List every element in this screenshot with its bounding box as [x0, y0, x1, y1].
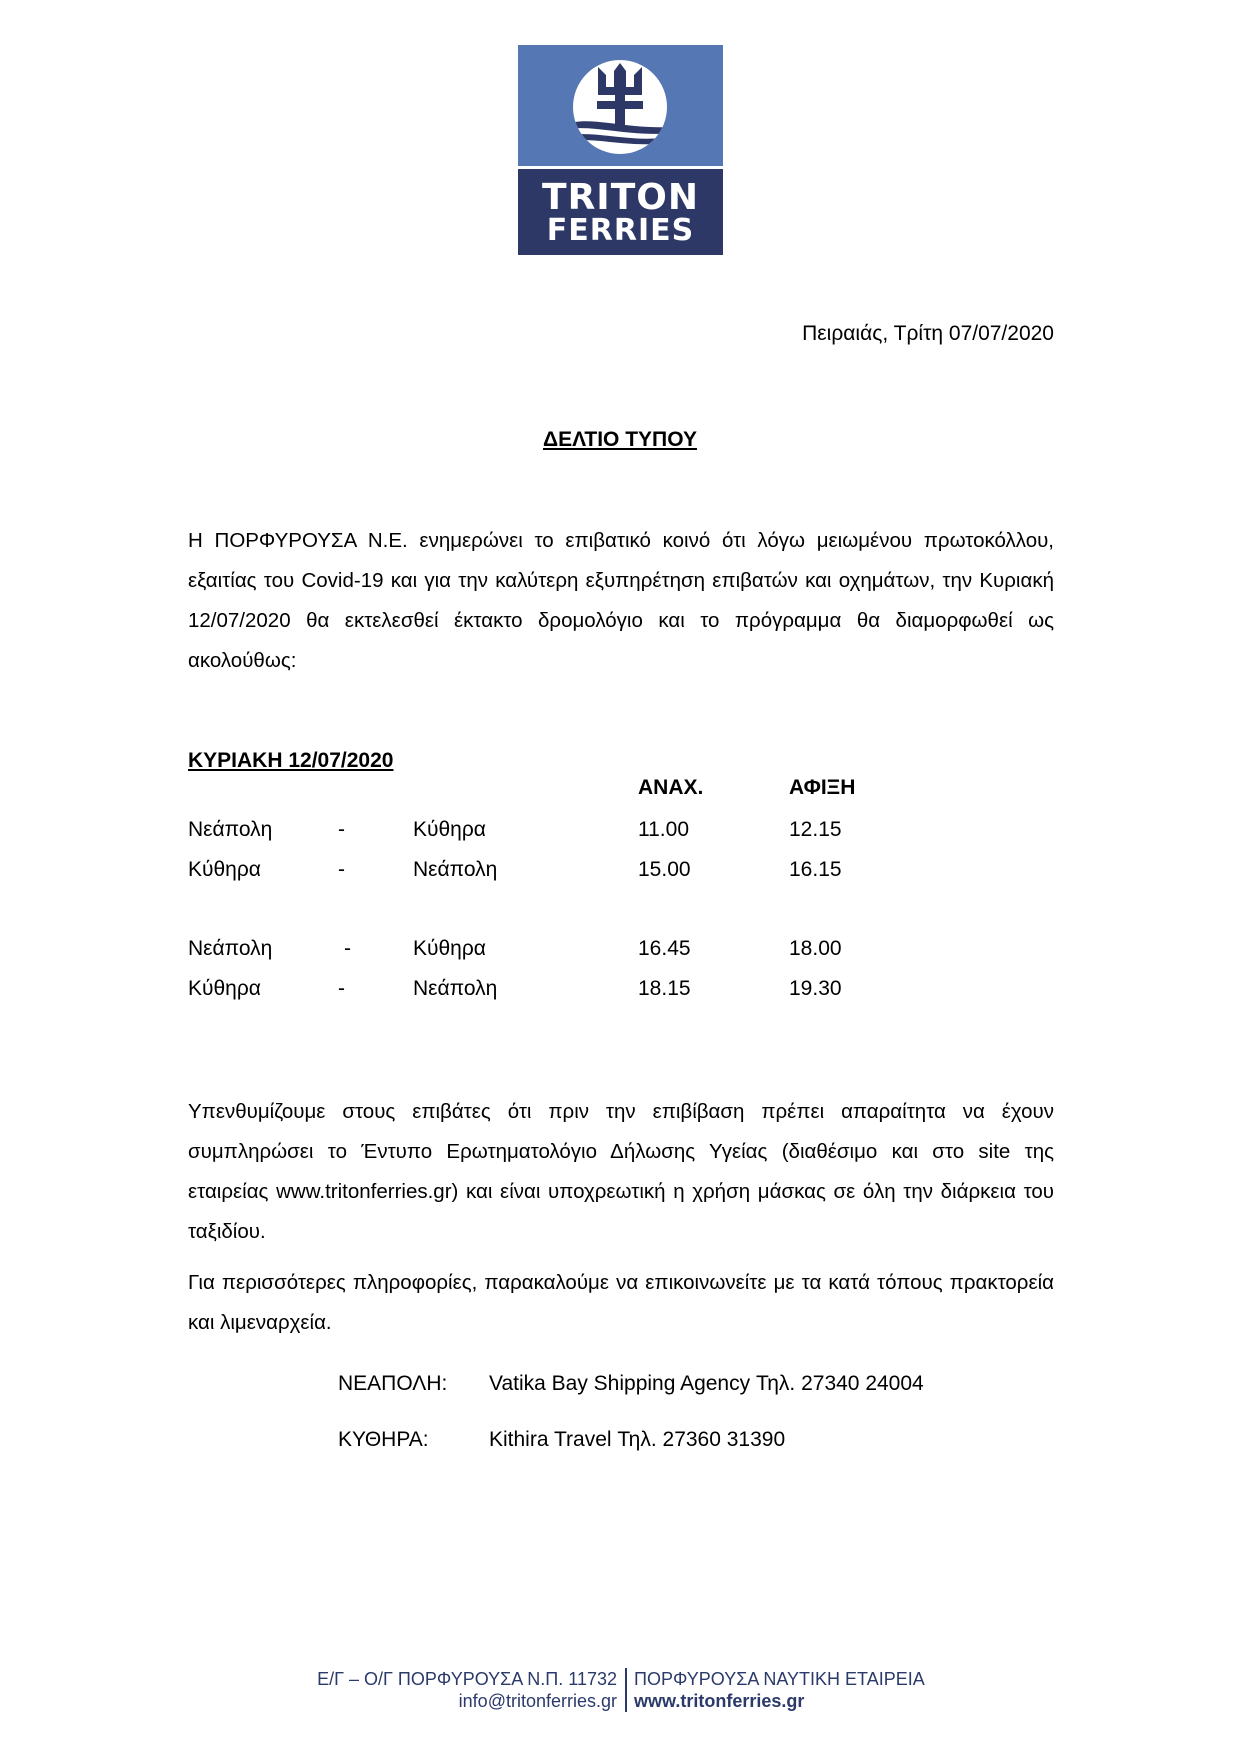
departure-time: 11.00 — [638, 818, 689, 842]
route-to: Κύθηρα — [413, 818, 486, 842]
agency-label-kythira: ΚΥΘΗΡΑ: — [338, 1428, 429, 1452]
agency-contact-neapoli: Vatika Bay Shipping Agency Τηλ. 27340 24… — [489, 1372, 924, 1396]
route-to: Νεάπολη — [413, 977, 497, 1001]
schedule-row: Κύθηρα - Νεάπολη 15.00 16.15 — [0, 858, 1240, 882]
schedule-heading: ΚΥΡΙΑΚΗ 12/07/2020 — [188, 749, 393, 773]
arrival-time: 19.30 — [789, 977, 842, 1001]
arrival-time: 12.15 — [789, 818, 842, 842]
schedule-row: Νεάπολη - Κύθηρα 11.00 12.15 — [0, 818, 1240, 842]
departure-time: 16.45 — [638, 937, 691, 961]
footer-address: Ε/Γ – Ο/Γ ΠΟΡΦΥΡΟΥΣΑ Ν.Π. 11732 — [317, 1669, 617, 1690]
document-title: ΔΕΛΤΙΟ ΤΥΠΟΥ — [0, 428, 1240, 452]
company-logo: TRITON FERRIES — [518, 45, 723, 255]
agency-label-neapoli: ΝΕΑΠΟΛΗ: — [338, 1372, 447, 1396]
footer-website[interactable]: www.tritonferries.gr — [634, 1691, 804, 1712]
arrival-time: 18.00 — [789, 937, 842, 961]
health-reminder-paragraph: Υπενθυμίζουμε στους επιβάτες ότι πριν τη… — [188, 1092, 1054, 1252]
intro-paragraph: Η ΠΟΡΦΥΡΟΥΣΑ Ν.Ε. ενημερώνει το επιβατικ… — [188, 521, 1054, 681]
route-from: Κύθηρα — [188, 858, 261, 882]
route-to: Κύθηρα — [413, 937, 486, 961]
departure-column-header: ΑΝΑΧ. — [638, 776, 703, 800]
footer-divider — [625, 1668, 627, 1712]
agency-contact-kythira: Kithira Travel Τηλ. 27360 31390 — [489, 1428, 785, 1452]
route-separator: - — [338, 818, 345, 842]
trident-waves-icon — [570, 57, 670, 157]
schedule-row: Νεάπολη - Κύθηρα 16.45 18.00 — [0, 937, 1240, 961]
arrival-column-header: ΑΦΙΞΗ — [789, 776, 855, 800]
route-to: Νεάπολη — [413, 858, 497, 882]
logo-brand-line-1: TRITON — [518, 179, 723, 217]
route-separator: - — [344, 937, 351, 961]
route-separator: - — [338, 977, 345, 1001]
departure-time: 15.00 — [638, 858, 691, 882]
route-separator: - — [338, 858, 345, 882]
route-from: Νεάπολη — [188, 818, 272, 842]
arrival-time: 16.15 — [789, 858, 842, 882]
schedule-row: Κύθηρα - Νεάπολη 18.15 19.30 — [0, 977, 1240, 1001]
departure-time: 18.15 — [638, 977, 691, 1001]
footer-email[interactable]: info@tritonferries.gr — [459, 1691, 617, 1712]
route-from: Κύθηρα — [188, 977, 261, 1001]
footer-company: ΠΟΡΦΥΡΟΥΣΑ ΝΑΥΤΙΚΗ ΕΤΑΙΡΕΙΑ — [634, 1669, 925, 1690]
place-date: Πειραιάς, Τρίτη 07/07/2020 — [600, 322, 1054, 346]
logo-brand-line-2: FERRIES — [518, 215, 723, 247]
route-from: Νεάπολη — [188, 937, 272, 961]
contact-paragraph: Για περισσότερες πληροφορίες, παρακαλούμ… — [188, 1263, 1054, 1343]
